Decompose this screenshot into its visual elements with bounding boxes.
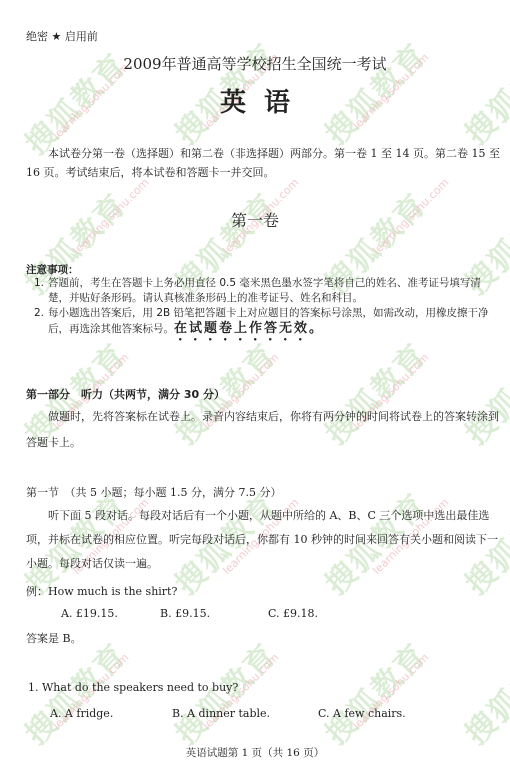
notice-heading: 注意事项： bbox=[26, 262, 79, 277]
intro-paragraph: 本试卷分第一卷（选择题）和第二卷（非选择题）两部分。第一卷 1 至 14 页。第… bbox=[26, 144, 501, 182]
notice-number: 1. bbox=[34, 276, 48, 291]
example-option-a: A. £19.15. bbox=[61, 607, 118, 620]
notice-item: 2.每小题选出答案后，用 2B 铅笔把答题卡上对应题目的答案标号涂黑，如需改动，… bbox=[48, 306, 498, 344]
example-option-c: C. £9.18. bbox=[268, 607, 318, 620]
part1-heading: 第一部分 听力（共两节，满分 30 分） bbox=[26, 386, 225, 402]
notice-number: 2. bbox=[34, 306, 48, 321]
exam-title: 2009年普通高等学校招生全国统一考试 bbox=[0, 53, 510, 74]
example-answer: 答案是 B。 bbox=[26, 630, 82, 646]
section1-instructions: 听下面 5 段对话。每段对话后有一个小题，从题中所给的 A、B、C 三个选项中选… bbox=[26, 504, 504, 576]
section1-heading: 第一节 （共 5 小题；每小题 1.5 分，满分 7.5 分） bbox=[26, 484, 281, 500]
part1-instructions: 做题时，先将答案标在试卷上。录音内容结束后，你将有两分钟的时间将试卷上的答案转涂… bbox=[26, 404, 504, 456]
subject-title: 英语 bbox=[0, 82, 510, 119]
notice-item: 1.答题前，考生在答题卡上务必用直径 0.5 毫米黑色墨水签字笔将自己的姓名、准… bbox=[48, 276, 498, 306]
page-footer: 英语试题第 1 页（共 16 页） bbox=[0, 745, 510, 760]
question-1-option-c: C. A few chairs. bbox=[318, 707, 406, 720]
notice-text: 答题前，考生在答题卡上务必用直径 0.5 毫米黑色墨水签字笔将自己的姓名、准考证… bbox=[48, 277, 481, 304]
notice-emphasis: 在试题卷上作答无效。 bbox=[174, 321, 324, 336]
example-question: 例：How much is the shirt? bbox=[26, 583, 177, 599]
question-1-option-b: B. A dinner table. bbox=[172, 707, 270, 720]
exam-page: 绝密 ★ 启用前 2009年普通高等学校招生全国统一考试 英语 本试卷分第一卷（… bbox=[0, 0, 510, 780]
volume-title: 第一卷 bbox=[0, 208, 510, 231]
question-1-option-a: A. A fridge. bbox=[50, 707, 113, 720]
example-option-b: B. £9.15. bbox=[160, 607, 210, 620]
question-1: 1. What do the speakers need to buy? bbox=[28, 681, 238, 694]
classification-label: 绝密 ★ 启用前 bbox=[26, 28, 98, 44]
